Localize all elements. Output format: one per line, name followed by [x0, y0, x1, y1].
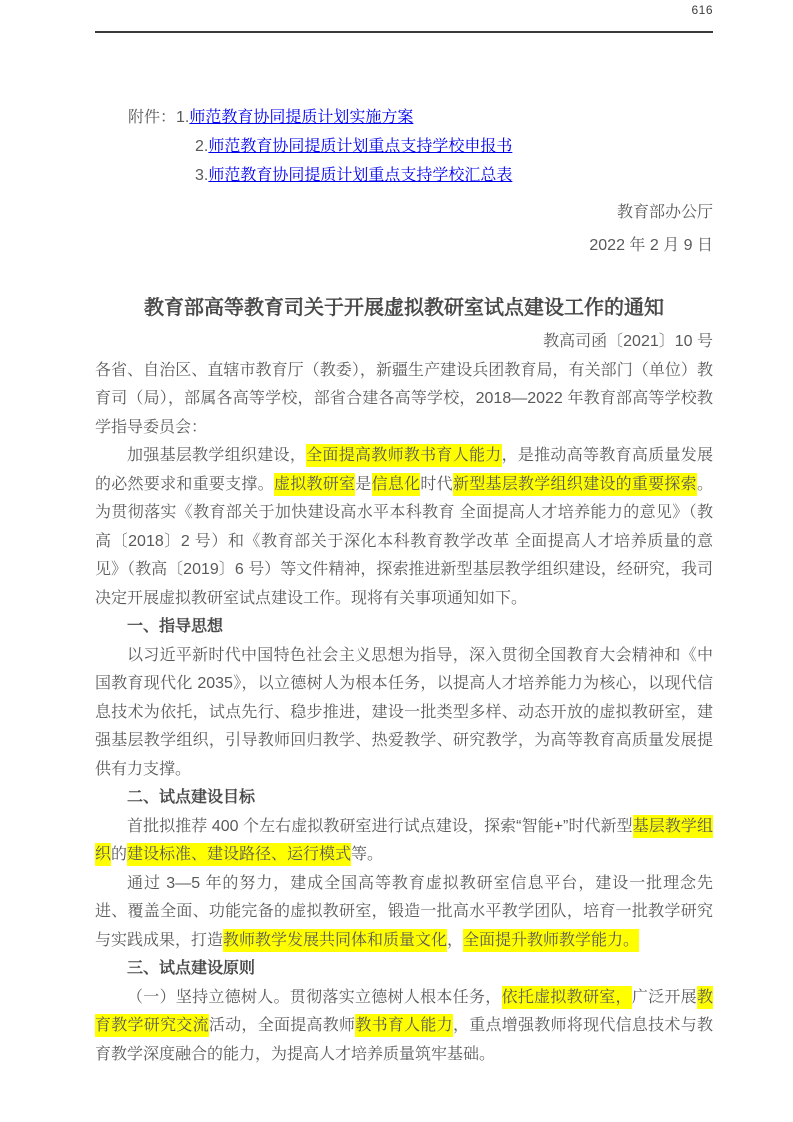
paragraph: 以习近平新时代中国特色社会主义思想为指导，深入贯彻全国教育大会精神和《中国教育现… [95, 642, 713, 785]
document-number: 教高司函〔2021〕10 号 [95, 328, 713, 357]
highlight-text: 全面提升教师教学能力。 [463, 929, 639, 952]
notice-section: 教育部高等教育司关于开展虚拟教研室试点建设工作的通知 教高司函〔2021〕10 … [95, 294, 713, 1069]
signature-block: 教育部办公厅 2022 年 2 月 9 日 [589, 196, 713, 262]
text-run: 一、指导思想 [127, 618, 223, 635]
text-run: （一）坚持立德树人。贯彻落实立德树人根本任务， [127, 989, 502, 1006]
attachment-link-3[interactable]: 师范教育协同提质计划重点支持学校汇总表 [208, 167, 512, 184]
text-run: 加强基层教学组织建设， [127, 447, 306, 464]
text-run: 首批拟推荐 400 个左右虚拟教研室进行试点建设，探索“智能+”时代新型 [127, 818, 633, 835]
attachment-number: 1. [176, 109, 189, 126]
paragraph: 加强基层教学组织建设，全面提高教师教书育人能力，是推动高等教育高质量发展的必然要… [95, 442, 713, 613]
attachments-list: 附件：1.师范教育协同提质计划实施方案 2.师范教育协同提质计划重点支持学校申报… [95, 103, 735, 190]
section-heading: 一、指导思想 [95, 613, 713, 642]
text-run: 以习近平新时代中国特色社会主义思想为指导，深入贯彻全国教育大会精神和《中国教育现… [95, 647, 713, 778]
notice-title: 教育部高等教育司关于开展虚拟教研室试点建设工作的通知 [95, 294, 713, 322]
text-run: 等。 [351, 846, 383, 863]
section-heading: 二、试点建设目标 [95, 784, 713, 813]
text-run: 三、试点建设原则 [127, 960, 255, 977]
document-page: 616 附件：1.师范教育协同提质计划实施方案 2.师范教育协同提质计划重点支持… [0, 0, 793, 1122]
attachment-row: 附件：1.师范教育协同提质计划实施方案 [95, 103, 735, 132]
text-run: 广泛开展 [632, 989, 697, 1006]
recipients-line: 各省、自治区、直辖市教育厅（教委），新疆生产建设兵团教育局，有关部门（单位）教育… [95, 357, 713, 443]
attachment-link-1[interactable]: 师范教育协同提质计划实施方案 [189, 109, 413, 126]
attachment-row: 2.师范教育协同提质计划重点支持学校申报书 [95, 132, 735, 161]
highlight-text: 全面提高教师教书育人能力 [306, 444, 501, 467]
notice-body: 各省、自治区、直辖市教育厅（教委），新疆生产建设兵团教育局，有关部门（单位）教育… [95, 357, 713, 1070]
paragraph: 首批拟推荐 400 个左右虚拟教研室进行试点建设，探索“智能+”时代新型基层教学… [95, 813, 713, 870]
text-run: 活动，全面提高教师 [209, 1017, 355, 1034]
issuing-office: 教育部办公厅 [589, 196, 713, 229]
highlight-text: 虚拟教研室 [274, 473, 355, 496]
highlight-text: 信息化 [372, 473, 421, 496]
paragraph: （一）坚持立德树人。贯彻落实立德树人根本任务，依托虚拟教研室，广泛开展教育教学研… [95, 984, 713, 1070]
text-run: ， [447, 932, 463, 949]
attachment-link-2[interactable]: 师范教育协同提质计划重点支持学校申报书 [208, 138, 512, 155]
attachment-number: 3. [195, 167, 208, 184]
text-run: 的 [111, 846, 127, 863]
highlight-text: 依托虚拟教研室， [502, 986, 632, 1009]
section-heading: 三、试点建设原则 [95, 955, 713, 984]
text-run: 各省、自治区、直辖市教育厅（教委），新疆生产建设兵团教育局，有关部门（单位）教育… [95, 362, 713, 436]
highlight-text: 建设标准、建设路径、运行模式 [127, 843, 351, 866]
paragraph: 通过 3—5 年的努力，建成全国高等教育虚拟教研室信息平台，建设一批理念先进、覆… [95, 870, 713, 956]
text-run: 是 [355, 476, 371, 493]
attachment-row: 3.师范教育协同提质计划重点支持学校汇总表 [95, 161, 735, 190]
header-rule-line [95, 31, 713, 33]
text-run: 二、试点建设目标 [127, 789, 255, 806]
text-run: 时代 [420, 476, 453, 493]
attachment-number: 2. [195, 138, 208, 155]
issue-date: 2022 年 2 月 9 日 [589, 229, 713, 262]
highlight-text: 教书育人能力 [355, 1014, 453, 1037]
page-number: 616 [691, 3, 713, 17]
attachments-label: 附件： [128, 109, 176, 126]
highlight-text: 新型基层教学组织建设的重要探索 [453, 473, 697, 496]
highlight-text: 教师教学发展共同体和质量文化 [223, 929, 447, 952]
